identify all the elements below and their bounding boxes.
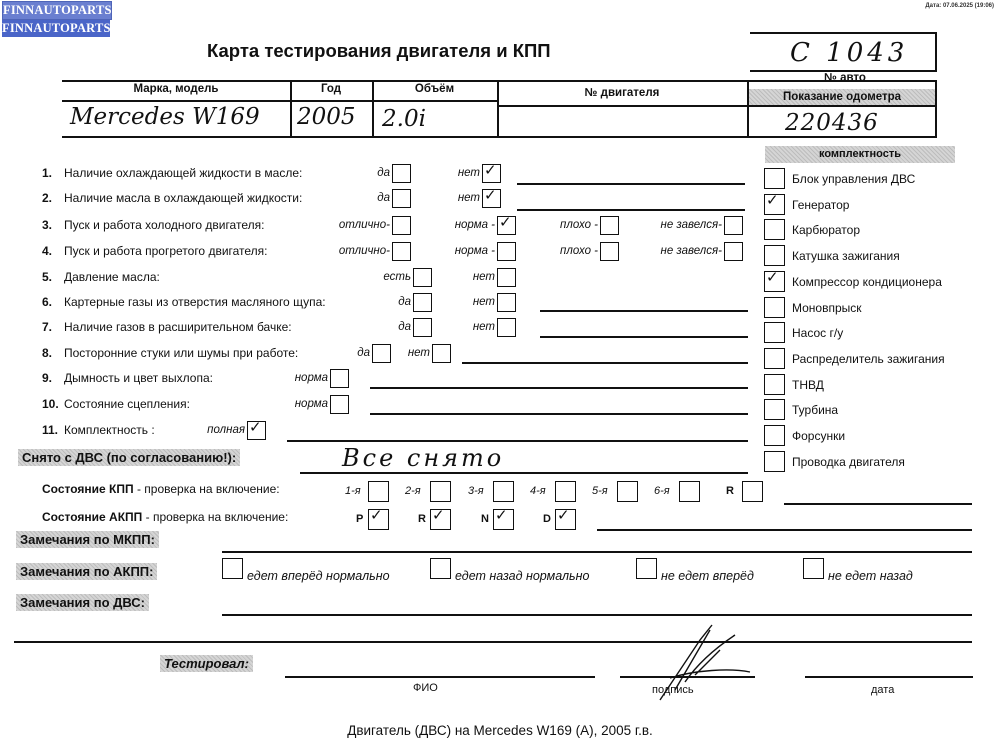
car-number-value: C 1043	[790, 38, 908, 68]
col-brand-model: Марка, модель	[62, 83, 290, 95]
kit-item-label: Генератор	[792, 198, 849, 212]
question-row: 10.Состояние сцепления:	[42, 397, 190, 411]
remarks-mkpp-label: Замечания по МКПП:	[16, 531, 159, 548]
remark-checkbox[interactable]	[430, 558, 451, 579]
gear-label: N	[481, 513, 489, 525]
kit-checkbox[interactable]	[764, 322, 785, 343]
remarks-dvs-label: Замечания по ДВС:	[16, 594, 149, 611]
answer-line[interactable]	[370, 387, 748, 389]
gear-checkbox[interactable]	[617, 481, 638, 502]
kit-checkbox[interactable]	[764, 348, 785, 369]
divider	[747, 80, 749, 138]
watermark-logo-secondary: FINNAUTOPARTS	[2, 20, 110, 37]
question-text: Наличие масла в охлаждающей жидкости:	[64, 191, 302, 205]
remark-option-label: едет вперёд нормально	[247, 569, 390, 583]
divider	[62, 80, 937, 82]
question-row: 7.Наличие газов в расширительном бачке:	[42, 320, 292, 334]
date-line[interactable]	[805, 676, 973, 678]
question-row: 3.Пуск и работа холодного двигателя:	[42, 218, 264, 232]
answer-line[interactable]	[287, 440, 748, 442]
option-checkbox[interactable]	[330, 395, 349, 414]
fio-caption: ФИО	[413, 682, 438, 694]
kit-checkbox[interactable]	[764, 168, 785, 189]
checkmark-icon: ✓	[766, 268, 779, 287]
brand-model-value: Mercedes W169	[70, 104, 260, 130]
gear-label: 1-я	[345, 485, 361, 497]
gear-checkbox[interactable]	[493, 481, 514, 502]
watermark-logo: FINNAUTOPARTS	[2, 1, 112, 20]
kit-item-label: Форсунки	[792, 429, 845, 443]
option-label: норма	[205, 372, 328, 384]
kit-checkbox[interactable]: ✓	[764, 194, 785, 215]
checkmark-icon: ✓	[484, 186, 497, 205]
divider	[597, 529, 972, 531]
kit-item-label: Распределитель зажигания	[792, 352, 945, 366]
signature-scribble	[640, 620, 780, 705]
divider	[62, 100, 497, 102]
question-text: Состояние сцепления:	[64, 397, 190, 411]
gear-checkbox[interactable]	[742, 481, 763, 502]
question-row: 4.Пуск и работа прогретого двигателя:	[42, 244, 268, 258]
gear-label: 3-я	[468, 485, 484, 497]
divider	[784, 503, 972, 505]
removed-underline	[300, 472, 748, 474]
gear-label: R	[418, 513, 426, 525]
kit-checkbox[interactable]	[764, 425, 785, 446]
divider	[935, 80, 937, 138]
footer-caption: Двигатель (ДВС) на Mercedes W169 (A), 20…	[0, 723, 1000, 738]
gear-label: 2-я	[405, 485, 421, 497]
answer-line[interactable]	[517, 183, 745, 185]
year-value: 2005	[297, 104, 356, 130]
kit-header: комплектность	[765, 146, 955, 163]
volume-value: 2.0i	[382, 106, 426, 132]
car-number-label: № авто	[760, 72, 930, 84]
option-label: нет	[375, 192, 480, 204]
checkmark-icon: ✓	[249, 418, 262, 437]
option-checkbox[interactable]: ✓	[247, 421, 266, 440]
answer-line[interactable]	[540, 336, 748, 338]
remarks-extra-line[interactable]	[14, 641, 972, 643]
option-label: да	[275, 192, 390, 204]
gear-checkbox[interactable]: ✓	[430, 509, 451, 530]
question-text: Дымность и цвет выхлопа:	[64, 371, 213, 385]
removed-value[interactable]: Все снято	[342, 444, 504, 472]
kit-item-label: Катушка зажигания	[792, 249, 900, 263]
divider	[497, 80, 499, 138]
option-label: нет	[375, 271, 495, 283]
question-number: 4.	[42, 244, 64, 258]
question-row: 5.Давление масла:	[42, 270, 160, 284]
checkmark-icon: ✓	[766, 191, 779, 210]
question-number: 1.	[42, 166, 64, 180]
option-label: не завелся-	[568, 245, 722, 257]
kit-item-label: Блок управления ДВС	[792, 172, 915, 186]
gear-checkbox[interactable]	[368, 481, 389, 502]
gear-checkbox[interactable]	[430, 481, 451, 502]
checkmark-icon: ✓	[484, 161, 497, 180]
answer-line[interactable]	[462, 362, 748, 364]
question-number: 2.	[42, 191, 64, 205]
kit-checkbox[interactable]: ✓	[764, 271, 785, 292]
col-volume: Объём	[372, 83, 497, 95]
remark-checkbox[interactable]	[803, 558, 824, 579]
option-checkbox[interactable]	[724, 216, 743, 235]
remark-option-label: не едет назад	[828, 569, 913, 583]
remark-option-label: едет назад нормально	[455, 569, 589, 583]
question-row: 9.Дымность и цвет выхлопа:	[42, 371, 213, 385]
option-label: отлично-	[250, 245, 390, 257]
option-checkbox[interactable]: ✓	[482, 189, 501, 208]
question-text: Посторонние стуки или шумы при работе:	[64, 346, 298, 360]
divider	[372, 80, 374, 138]
kit-item-label: Турбина	[792, 403, 838, 417]
answer-line[interactable]	[540, 310, 748, 312]
question-text: Наличие газов в расширительном бачке:	[64, 320, 292, 334]
question-number: 8.	[42, 346, 64, 360]
gear-label: D	[543, 513, 551, 525]
answer-line[interactable]	[370, 413, 748, 415]
kit-checkbox[interactable]	[764, 219, 785, 240]
question-number: 3.	[42, 218, 64, 232]
remark-checkbox[interactable]	[636, 558, 657, 579]
kit-checkbox[interactable]	[764, 374, 785, 395]
gear-checkbox[interactable]: ✓	[368, 509, 389, 530]
question-row: 2.Наличие масла в охлаждающей жидкости:	[42, 191, 302, 205]
option-label: отлично-	[250, 219, 390, 231]
kit-checkbox[interactable]	[764, 297, 785, 318]
kit-item-label: Компрессор кондиционера	[792, 275, 942, 289]
removed-label: Снято с ДВС (по согласованию!):	[18, 449, 240, 466]
option-label: нет	[320, 347, 430, 359]
divider	[935, 32, 937, 72]
remark-option-label: не едет вперёд	[661, 569, 754, 583]
remarks-dvs-line[interactable]	[222, 614, 972, 616]
question-number: 10.	[42, 397, 64, 411]
kit-item-label: ТНВД	[792, 378, 824, 392]
col-engine-number: № двигателя	[497, 87, 747, 99]
option-label: нет	[375, 296, 495, 308]
option-checkbox[interactable]	[497, 318, 516, 337]
col-odometer: Показание одометра	[748, 89, 936, 105]
option-checkbox[interactable]	[497, 268, 516, 287]
option-checkbox[interactable]	[497, 293, 516, 312]
option-label: полная	[120, 424, 245, 436]
option-label: нет	[375, 321, 495, 333]
remark-checkbox[interactable]	[222, 558, 243, 579]
divider	[290, 80, 292, 138]
gear-checkbox[interactable]: ✓	[555, 509, 576, 530]
checkmark-icon: ✓	[557, 506, 570, 525]
option-checkbox[interactable]	[432, 344, 451, 363]
kit-item-label: Проводка двигателя	[792, 455, 905, 469]
checkmark-icon: ✓	[370, 506, 383, 525]
question-text: Пуск и работа прогретого двигателя:	[64, 244, 268, 258]
option-checkbox[interactable]	[330, 369, 349, 388]
question-text: Наличие охлаждающей жидкости в масле:	[64, 166, 302, 180]
tested-by-label: Тестировал:	[160, 655, 253, 672]
question-text: Картерные газы из отверстия масляного щу…	[64, 295, 326, 309]
akpp-label: Состояние АКПП - проверка на включение:	[42, 510, 288, 524]
answer-line[interactable]	[517, 209, 745, 211]
fio-line[interactable]	[285, 676, 595, 678]
gear-checkbox[interactable]	[555, 481, 576, 502]
option-checkbox[interactable]: ✓	[482, 164, 501, 183]
question-number: 7.	[42, 320, 64, 334]
kit-item-label: Карбюратор	[792, 223, 860, 237]
gear-label: 4-я	[530, 485, 546, 497]
odometer-value: 220436	[785, 110, 879, 136]
divider	[62, 136, 937, 138]
question-row: 1.Наличие охлаждающей жидкости в масле:	[42, 166, 302, 180]
date-stamp: Дата: 07.06.2025 (19:06)	[925, 3, 994, 9]
col-year: Год	[290, 83, 372, 95]
date-caption: дата	[871, 684, 894, 696]
kit-checkbox[interactable]	[764, 245, 785, 266]
kpp-label: Состояние КПП - проверка на включение:	[42, 482, 280, 496]
question-number: 6.	[42, 295, 64, 309]
question-text: Пуск и работа холодного двигателя:	[64, 218, 264, 232]
remarks-akpp-label: Замечания по АКПП:	[16, 563, 157, 580]
gear-label: 6-я	[654, 485, 670, 497]
question-row: 6.Картерные газы из отверстия масляного …	[42, 295, 326, 309]
gear-label: R	[726, 485, 734, 497]
option-label: норма	[205, 398, 328, 410]
kit-checkbox[interactable]	[764, 451, 785, 472]
gear-label: 5-я	[592, 485, 608, 497]
gear-checkbox[interactable]: ✓	[493, 509, 514, 530]
option-label: да	[275, 167, 390, 179]
kit-item-label: Насос г/у	[792, 326, 843, 340]
question-number: 11.	[42, 423, 64, 437]
question-number: 5.	[42, 270, 64, 284]
question-text: Давление масла:	[64, 270, 160, 284]
option-label: нет	[375, 167, 480, 179]
remarks-mkpp-line[interactable]	[222, 551, 972, 553]
checkmark-icon: ✓	[432, 506, 445, 525]
gear-label: P	[356, 513, 363, 525]
kit-checkbox[interactable]	[764, 399, 785, 420]
page-title: Карта тестирования двигателя и КПП	[207, 40, 551, 62]
question-number: 9.	[42, 371, 64, 385]
divider	[750, 32, 936, 34]
gear-checkbox[interactable]	[679, 481, 700, 502]
option-label: не завелся-	[568, 219, 722, 231]
kit-item-label: Моновпрыск	[792, 301, 862, 315]
question-row: 8.Посторонние стуки или шумы при работе:	[42, 346, 298, 360]
checkmark-icon: ✓	[495, 506, 508, 525]
option-checkbox[interactable]	[724, 242, 743, 261]
divider	[497, 105, 937, 107]
